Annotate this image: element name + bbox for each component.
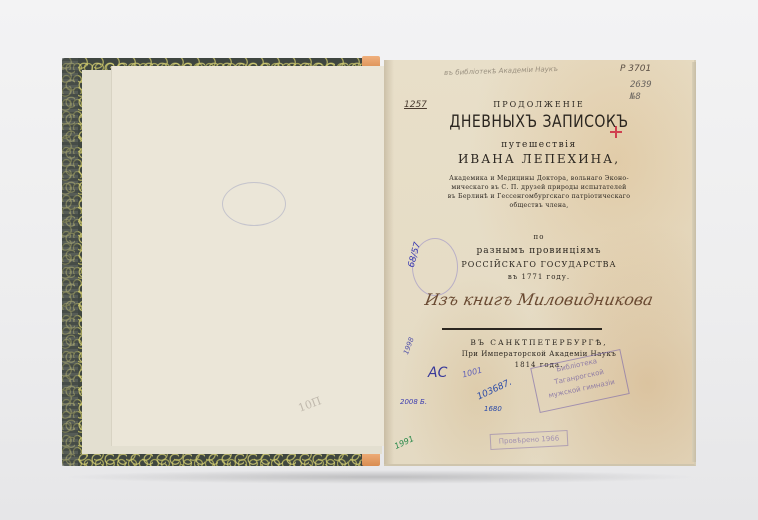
title-author: ИВАНА ЛЕПЕХИНА, [384,152,694,166]
title-continuation: ПРОДОЛЖЕНІЕ [384,100,694,109]
check-stamp: Провѣрено 1966 [490,430,569,450]
spine-edge [62,58,78,466]
blue-number: 103687. [476,378,514,403]
page-block-edge [692,62,696,462]
title-page: въ библіотекѣ Академіи Наукъ 1257 Р 3701… [384,60,696,466]
letters-ac: АС [428,365,447,381]
imprint-city: ВЪ САНКТПЕТЕРБУРГѢ, [384,338,694,347]
credentials-line: мическаго въ С. П. друзей природы испыта… [384,183,694,192]
imprint-rule [442,328,602,330]
credentials-line: Академика и Медицины Доктора, вольнаго Э… [384,174,694,183]
top-pencil-note: въ библіотекѣ Академіи Наукъ [444,65,558,77]
credentials-line: обществъ члена, [384,201,694,210]
corner-tab-bottom [362,452,380,466]
faded-oval-stamp [222,182,286,226]
title-main: ДНЕВНЫХЪ ЗАПИСОКЪ [396,112,681,132]
imprint-press: При Императорской Академіи Наукъ [384,350,694,358]
endpaper-front [112,66,384,446]
book-shadow [62,470,698,484]
shelf-mark-2: 2639 [630,80,652,90]
number-2008: 2008 Б. [400,398,427,406]
credentials-line: въ Берлинѣ и Гессенгомбургскаго патріоти… [384,192,694,201]
green-mark: 1991 [393,434,415,451]
library-stamp: Библіотека Таганрогской мужской гимназіи [530,349,630,413]
ownership-signature: Изъ книгъ Миловидникова [382,290,695,309]
author-credentials: Академика и Медицины Доктора, вольнаго Э… [384,174,694,210]
shelf-mark-1: Р 3701 [620,64,651,74]
number-1680: 1680 [484,405,502,413]
title-journey: путешествія [384,140,694,150]
